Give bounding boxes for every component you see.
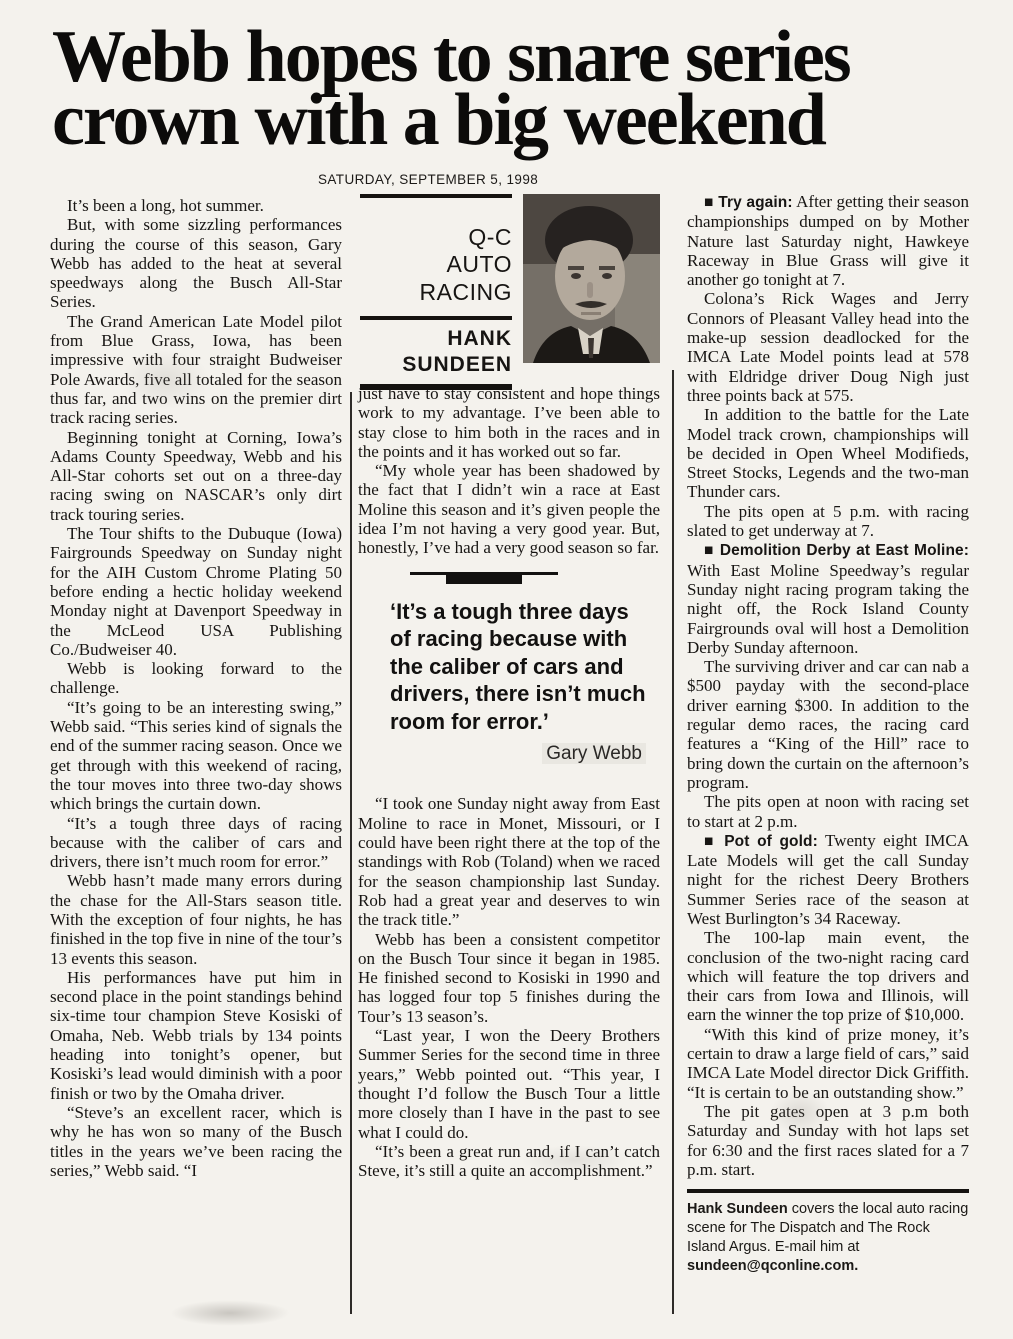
- newspaper-page: Webb hopes to snare series crown with a …: [0, 0, 1013, 1339]
- brief-text: With East Moline Speedway’s regular Sund…: [687, 561, 969, 657]
- byline-box: Q-C AUTO RACING HANK SUNDEEN: [360, 194, 662, 390]
- section-kicker-line2: AUTO RACING: [360, 250, 512, 306]
- paragraph: The Tour shifts to the Dubuque (Iowa) Fa…: [50, 524, 342, 659]
- paragraph: Webb is looking forward to the challenge…: [50, 659, 342, 698]
- paragraph: Webb hasn’t made many errors during the …: [50, 871, 342, 967]
- column-2-bottom: “I took one Sunday night away from East …: [358, 794, 660, 1180]
- paragraph: “Steve’s an excellent racer, which is wh…: [50, 1103, 342, 1180]
- paragraph: Beginning tonight at Corning, Iowa’s Ada…: [50, 428, 342, 524]
- brief-text: In addition to the battle for the Late M…: [687, 405, 969, 501]
- news-brief-paragraph: “With this kind of prize money, it’s cer…: [687, 1025, 969, 1102]
- brief-lead-in: ■ Try again:: [704, 194, 793, 211]
- brief-lead-in: ■ Pot of gold:: [704, 833, 818, 850]
- author-photo: [523, 194, 660, 363]
- section-kicker-line1: Q-C: [360, 224, 512, 250]
- news-brief-paragraph: The pits open at noon with racing set to…: [687, 792, 969, 831]
- news-brief-paragraph: The pit gates open at 3 p.m both Saturda…: [687, 1102, 969, 1179]
- brief-text: “With this kind of prize money, it’s cer…: [687, 1025, 969, 1102]
- column-divider-left: [350, 392, 352, 1314]
- news-brief-paragraph: In addition to the battle for the Late M…: [687, 405, 969, 501]
- news-brief-paragraph: ■ Pot of gold: Twenty eight IMCA Late Mo…: [687, 831, 969, 928]
- footer-author-name: Hank Sundeen: [687, 1201, 788, 1217]
- paragraph: But, with some sizzling performances dur…: [50, 215, 342, 311]
- headline-line-2: crown with a big weekend: [52, 89, 972, 152]
- author-name-line2: SUNDEEN: [360, 352, 512, 378]
- news-brief-paragraph: The surviving driver and car can nab a $…: [687, 657, 969, 792]
- pull-quote-divider: [410, 572, 558, 584]
- brief-text: The 100-lap main event, the conclusion o…: [687, 928, 969, 1024]
- news-brief-paragraph: ■ Demolition Derby at East Moline: With …: [687, 540, 969, 657]
- column-3-items: ■ Try again: After getting their season …: [687, 192, 969, 1179]
- paragraph: “It’s going to be an interesting swing,”…: [50, 698, 342, 814]
- brief-text: The pit gates open at 3 p.m both Saturda…: [687, 1102, 969, 1179]
- column-1: It’s been a long, hot summer.But, with s…: [50, 196, 342, 1180]
- brief-lead-in: ■ Demolition Derby at East Moline:: [704, 542, 969, 559]
- paragraph: Webb has been a consistent competitor on…: [358, 930, 660, 1026]
- author-name-line1: HANK: [360, 326, 512, 352]
- byline-rule-mid: [360, 316, 512, 320]
- byline-text: Q-C AUTO RACING HANK SUNDEEN: [360, 194, 518, 390]
- paragraph: The Grand American Late Model pilot from…: [50, 312, 342, 428]
- author-footer: Hank Sundeen covers the local auto racin…: [687, 1189, 969, 1276]
- dateline: SATURDAY, SEPTEMBER 5, 1998: [318, 172, 538, 187]
- paragraph: His performances have put him in second …: [50, 968, 342, 1103]
- column-2-top: just have to stay consistent and hope th…: [358, 384, 660, 558]
- paragraph: “I took one Sunday night away from East …: [358, 794, 660, 929]
- column-divider-right: [672, 370, 674, 1314]
- pull-quote-attribution: Gary Webb: [542, 743, 646, 764]
- byline-rule-top: [360, 194, 512, 198]
- brief-text: The surviving driver and car can nab a $…: [687, 657, 969, 792]
- news-brief-paragraph: ■ Try again: After getting their season …: [687, 192, 969, 289]
- footer-email: sundeen@qconline.com.: [687, 1258, 858, 1274]
- paragraph: just have to stay consistent and hope th…: [358, 384, 660, 461]
- news-brief-paragraph: The pits open at 5 p.m. with racing slat…: [687, 502, 969, 541]
- column-2: just have to stay consistent and hope th…: [358, 384, 660, 1180]
- paragraph: “It’s a tough three days of racing becau…: [50, 814, 342, 872]
- brief-text: Colona’s Rick Wages and Jerry Connors of…: [687, 289, 969, 404]
- article-headline: Webb hopes to snare series crown with a …: [52, 26, 972, 152]
- scan-smudge: [170, 1300, 290, 1326]
- paragraph: “Last year, I won the Deery Brothers Sum…: [358, 1026, 660, 1142]
- paragraph: “My whole year has been shadowed by the …: [358, 461, 660, 557]
- column-3: ■ Try again: After getting their season …: [687, 192, 969, 1276]
- brief-text: The pits open at 5 p.m. with racing slat…: [687, 502, 969, 540]
- brief-text: The pits open at noon with racing set to…: [687, 792, 969, 830]
- pull-quote: ‘It’s a tough three days of racing becau…: [390, 598, 648, 736]
- paragraph: “It’s been a great run and, if I can’t c…: [358, 1142, 660, 1181]
- paragraph: It’s been a long, hot summer.: [50, 196, 342, 215]
- news-brief-paragraph: The 100-lap main event, the conclusion o…: [687, 928, 969, 1024]
- news-brief-paragraph: Colona’s Rick Wages and Jerry Connors of…: [687, 289, 969, 405]
